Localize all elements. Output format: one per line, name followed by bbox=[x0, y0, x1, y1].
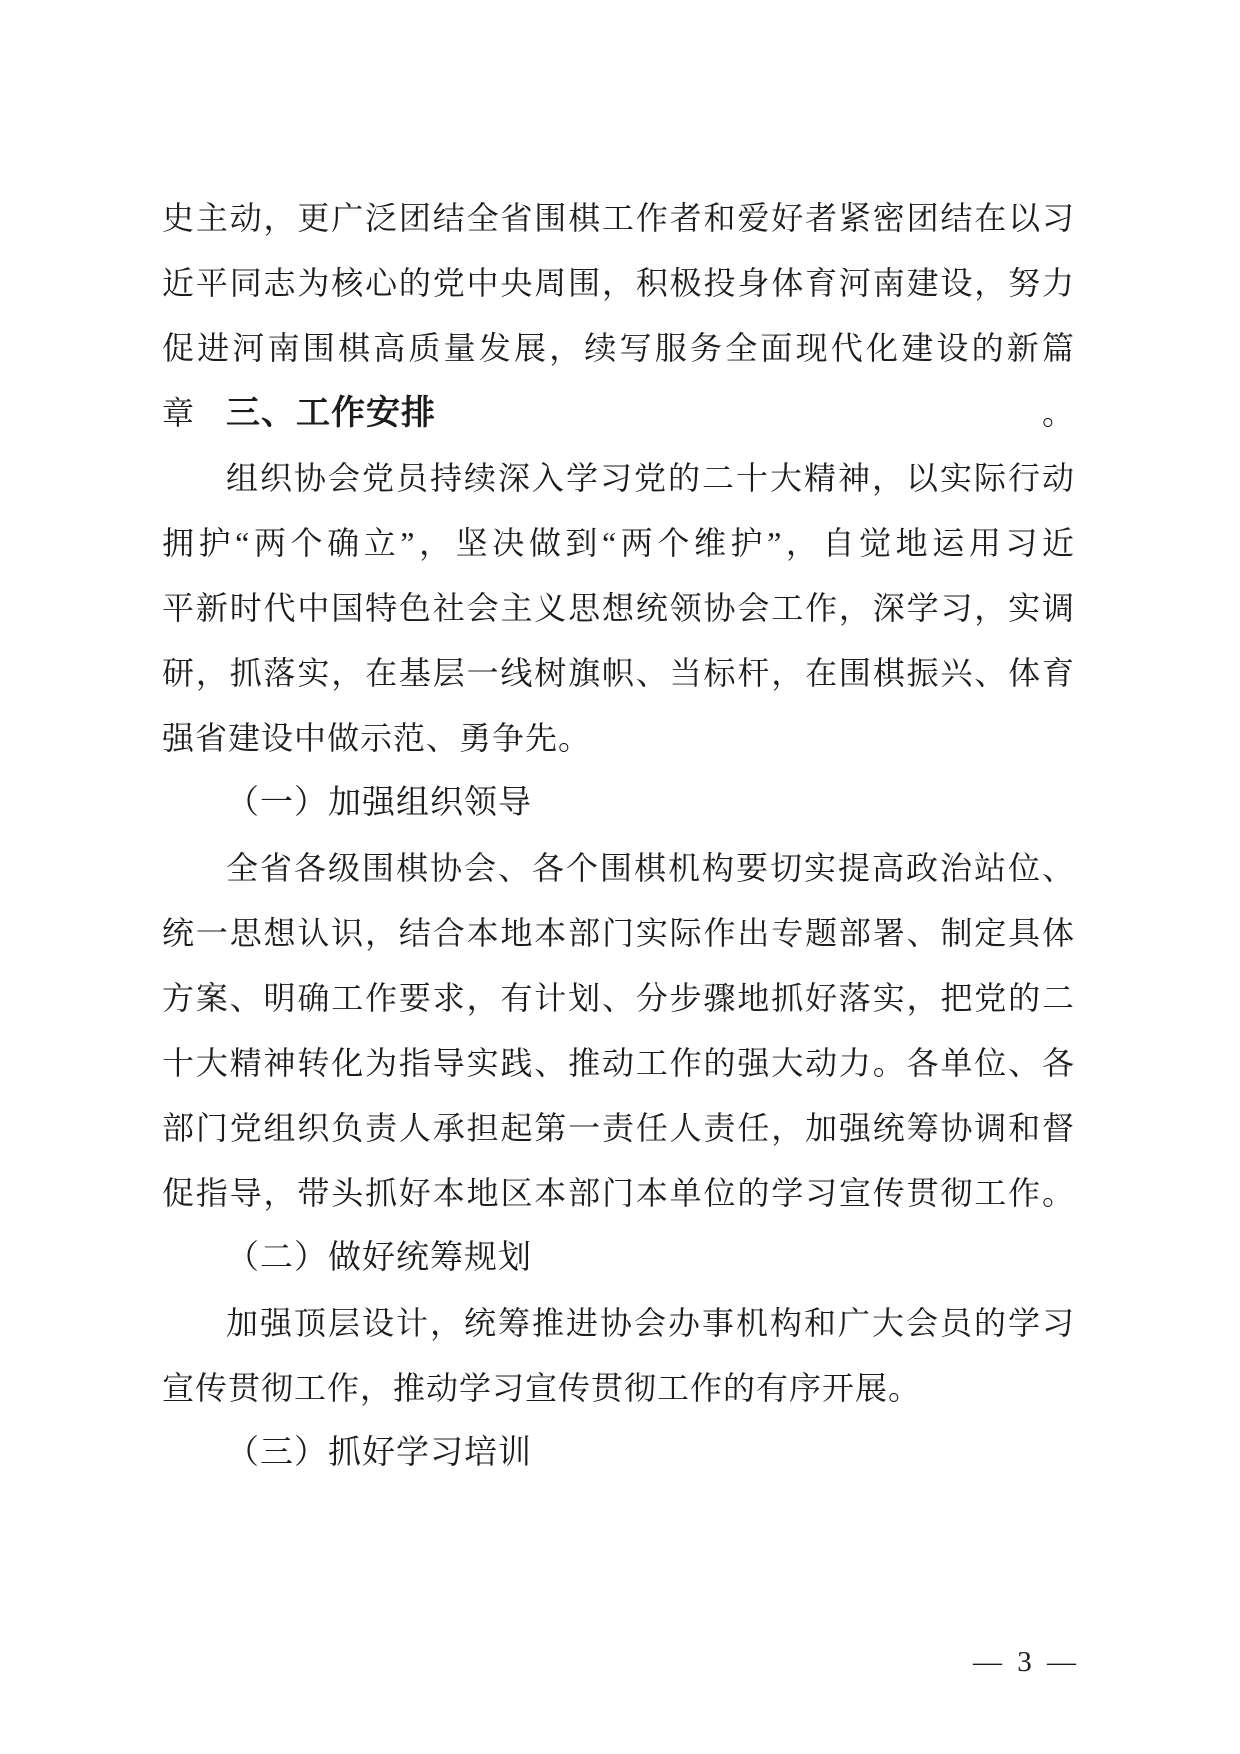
document-body: 史主动，更广泛团结全省围棋工作者和爱好者紧密团结在以习近平同志为核心的党中央周围… bbox=[162, 186, 1075, 1486]
document-page: 史主动，更广泛团结全省围棋工作者和爱好者紧密团结在以习近平同志为核心的党中央周围… bbox=[0, 0, 1240, 1754]
text-line: （三）抓好学习培训 bbox=[162, 1421, 1075, 1486]
text-line: 十大精神转化为指导实践、推动工作的强大动力。各单位、各 bbox=[162, 1031, 1075, 1096]
text-line: 部门党组织负责人承担起第一责任人责任，加强统筹协调和督 bbox=[162, 1096, 1075, 1161]
page-footer: — 3 — bbox=[973, 1642, 1080, 1682]
paragraph-work-arrangement: 组织协会党员持续深入学习党的二十大精神，以实际行动拥护“两个确立”，坚决做到“两… bbox=[162, 446, 1075, 771]
text-line: 研，抓落实，在基层一线树旗帜、当标杆，在围棋振兴、体育 bbox=[162, 641, 1075, 706]
paragraph-continuation: 史主动，更广泛团结全省围棋工作者和爱好者紧密团结在以习近平同志为核心的党中央周围… bbox=[162, 186, 1075, 381]
text-line: 加强顶层设计，统筹推进协会办事机构和广大会员的学习 bbox=[162, 1291, 1075, 1356]
text-line: 方案、明确工作要求，有计划、分步骤地抓好落实，把党的二 bbox=[162, 966, 1075, 1031]
subsection-heading-1: （一）加强组织领导 bbox=[162, 771, 1075, 836]
text-line: 统一思想认识，结合本地本部门实际作出专题部署、制定具体 bbox=[162, 901, 1075, 966]
subsection-heading-3: （三）抓好学习培训 bbox=[162, 1421, 1075, 1486]
text-line: 平新时代中国特色社会主义思想统领协会工作，深学习，实调 bbox=[162, 576, 1075, 641]
text-line: 强省建设中做示范、勇争先。 bbox=[162, 706, 1075, 771]
paragraph-organization-leadership: 全省各级围棋协会、各个围棋机构要切实提高政治站位、统一思想认识，结合本地本部门实… bbox=[162, 836, 1075, 1226]
page-number: — 3 — bbox=[973, 1646, 1080, 1678]
text-line: 组织协会党员持续深入学习党的二十大精神，以实际行动 bbox=[162, 446, 1075, 511]
text-line: 促指导，带头抓好本地区本部门本单位的学习宣传贯彻工作。 bbox=[162, 1161, 1075, 1226]
text-line: （一）加强组织领导 bbox=[162, 771, 1075, 836]
text-line: 拥护“两个确立”，坚决做到“两个维护”，自觉地运用习近 bbox=[162, 511, 1075, 576]
text-line: 近平同志为核心的党中央周围，积极投身体育河南建设，努力 bbox=[162, 251, 1075, 316]
paragraph-overall-planning: 加强顶层设计，统筹推进协会办事机构和广大会员的学习宣传贯彻工作，推动学习宣传贯彻… bbox=[162, 1291, 1075, 1421]
subsection-heading-2: （二）做好统筹规划 bbox=[162, 1226, 1075, 1291]
text-line: 全省各级围棋协会、各个围棋机构要切实提高政治站位、 bbox=[162, 836, 1075, 901]
text-line: 促进河南围棋高质量发展，续写服务全面现代化建设的新篇章。 bbox=[162, 316, 1075, 381]
text-line: 史主动，更广泛团结全省围棋工作者和爱好者紧密团结在以习 bbox=[162, 186, 1075, 251]
text-line: 宣传贯彻工作，推动学习宣传贯彻工作的有序开展。 bbox=[162, 1356, 1075, 1421]
text-line: （二）做好统筹规划 bbox=[162, 1226, 1075, 1291]
